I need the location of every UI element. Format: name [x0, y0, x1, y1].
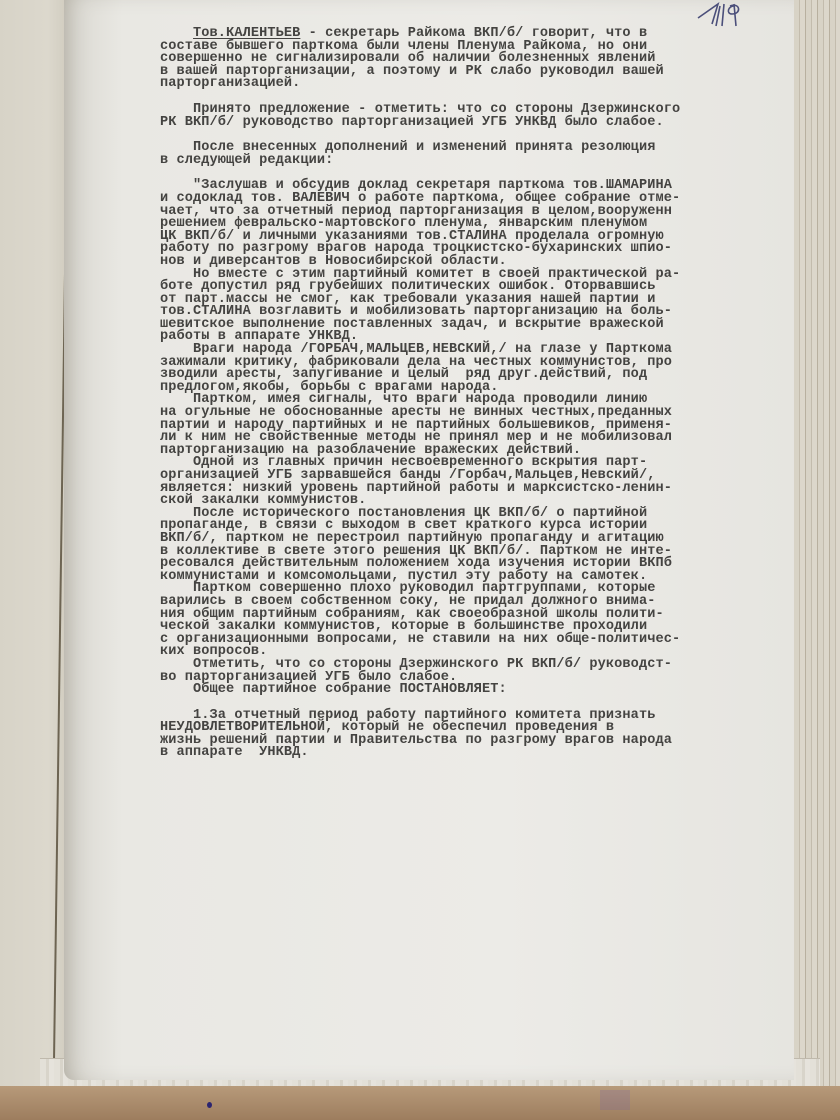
paragraph: "Заслушав и обсудив доклад секретаря пар…	[160, 180, 800, 696]
typewritten-text: Тов.КАЛЕНТЬЕВ - секретарь Райкома ВКП/б/…	[160, 28, 800, 760]
text-line: РК ВКП/б/ руководство парторганизацией У…	[160, 117, 800, 130]
text-line: в аппарате УНКВД.	[160, 747, 800, 760]
stamp-mark	[600, 1090, 630, 1110]
text-line: Общее партийное собрание ПОСТАНОВЛЯЕТ:	[160, 684, 800, 697]
text-line: в следующей редакции:	[160, 155, 800, 168]
ink-dot	[207, 1102, 212, 1108]
page-stack-edge	[794, 0, 840, 1090]
paragraph: Принято предложение - отметить: что со с…	[160, 104, 800, 129]
paragraph: 1.За отчетный период работу партийного к…	[160, 710, 800, 760]
paragraph: После внесенных дополнений и изменений п…	[160, 142, 800, 167]
text-line: парторганизацией.	[160, 78, 800, 91]
desk-surface	[0, 1086, 840, 1120]
paragraph: Тов.КАЛЕНТЬЕВ - секретарь Райкома ВКП/б/…	[160, 28, 800, 91]
handwritten-folio-number	[690, 0, 760, 30]
